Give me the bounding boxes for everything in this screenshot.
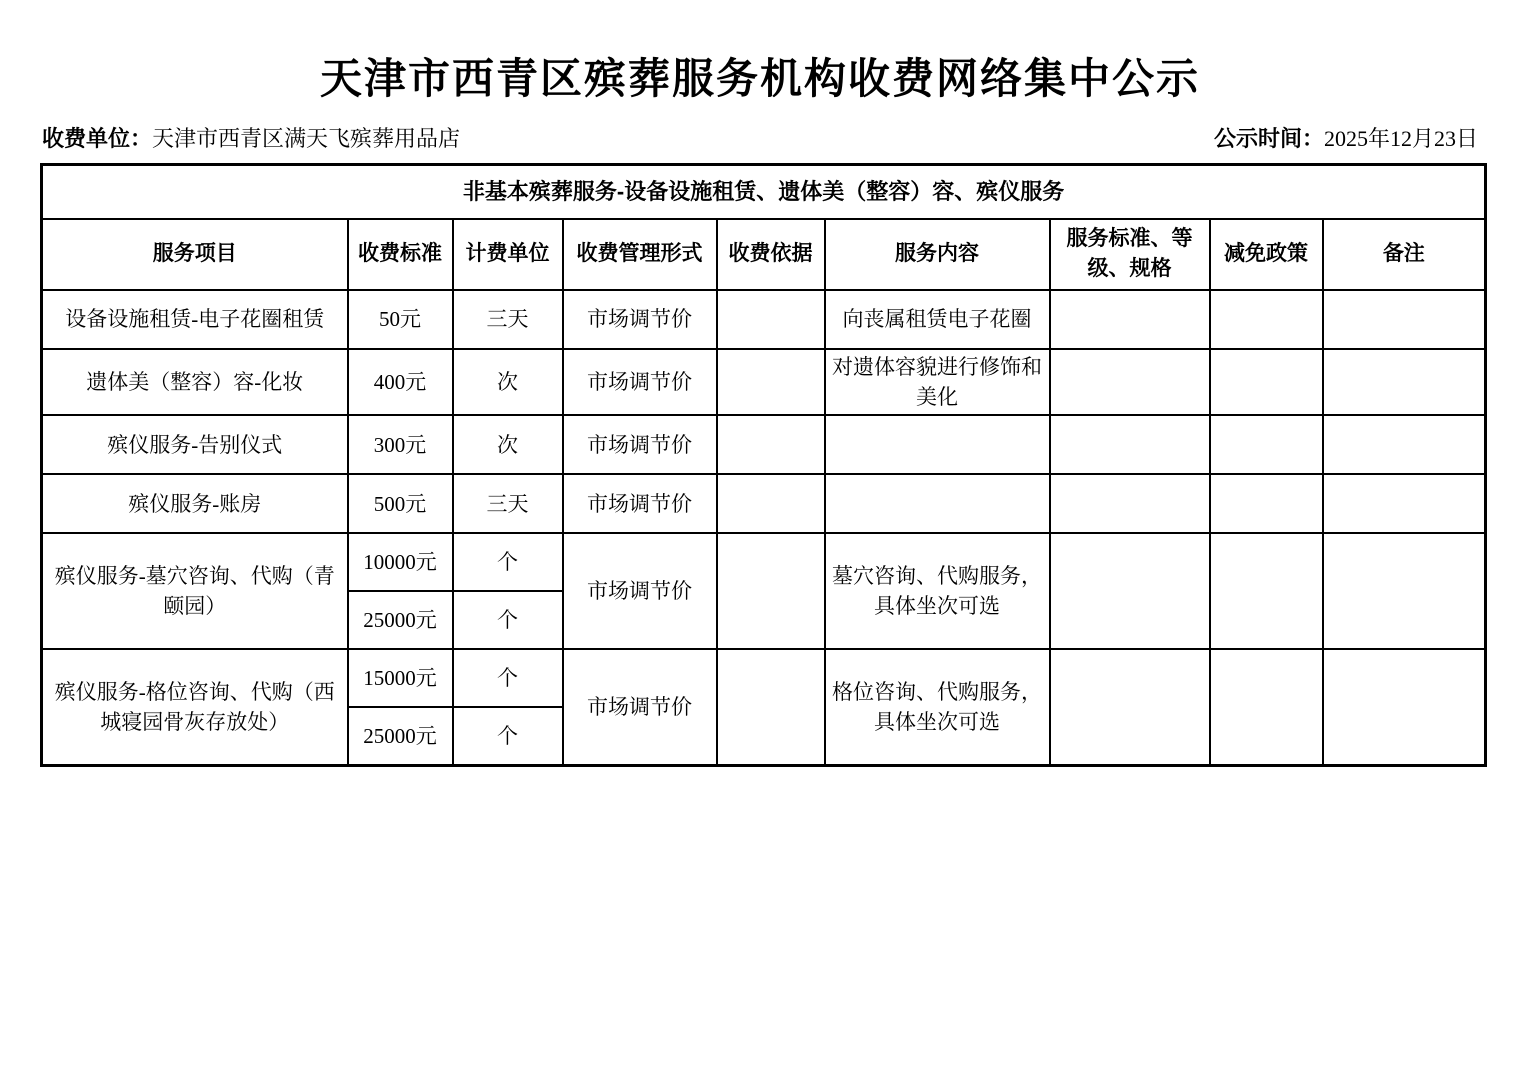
publish-time-value: 2025年12月23日	[1324, 126, 1478, 151]
cell-service-content: 墓穴咨询、代购服务，具体坐次可选	[825, 533, 1050, 649]
cell-fee-standard: 50元	[348, 290, 453, 349]
table-row: 殡仪服务-账房 500元 三天 市场调节价	[42, 474, 1486, 533]
cell-reduction-policy	[1210, 649, 1323, 765]
cell-billing-unit: 个	[453, 533, 563, 591]
table-row: 殡仪服务-墓穴咨询、代购（青颐园） 10000元 个 市场调节价 墓穴咨询、代购…	[42, 533, 1486, 591]
publish-time: 公示时间：2025年12月23日	[1214, 122, 1478, 153]
cell-billing-unit: 个	[453, 707, 563, 765]
cell-fee-management: 市场调节价	[563, 533, 717, 649]
cell-billing-unit: 个	[453, 591, 563, 649]
cell-service-content	[825, 415, 1050, 474]
cell-service-spec	[1050, 349, 1210, 416]
fee-table: 非基本殡葬服务-设备设施租赁、遗体美（整容）容、殡仪服务 服务项目 收费标准 计…	[40, 163, 1487, 767]
cell-fee-standard: 500元	[348, 474, 453, 533]
cell-service-item: 殡仪服务-墓穴咨询、代购（青颐园）	[42, 533, 348, 649]
col-header-remarks: 备注	[1323, 219, 1486, 290]
page-title: 天津市西青区殡葬服务机构收费网络集中公示	[0, 46, 1520, 106]
cell-service-item: 殡仪服务-账房	[42, 474, 348, 533]
cell-remarks	[1323, 349, 1486, 416]
charging-unit: 收费单位：天津市西青区满天飞殡葬用品店	[42, 122, 460, 153]
cell-service-content: 对遗体容貌进行修饰和美化	[825, 349, 1050, 416]
cell-service-spec	[1050, 649, 1210, 765]
cell-billing-unit: 三天	[453, 290, 563, 349]
cell-remarks	[1323, 474, 1486, 533]
cell-fee-standard: 400元	[348, 349, 453, 416]
col-header-service-spec: 服务标准、等级、规格	[1050, 219, 1210, 290]
cell-service-spec	[1050, 474, 1210, 533]
cell-service-spec	[1050, 533, 1210, 649]
charging-unit-value: 天津市西青区满天飞殡葬用品店	[152, 126, 460, 151]
cell-billing-unit: 次	[453, 415, 563, 474]
cell-remarks	[1323, 533, 1486, 649]
cell-remarks	[1323, 290, 1486, 349]
meta-row: 收费单位：天津市西青区满天飞殡葬用品店 公示时间：2025年12月23日	[42, 122, 1478, 153]
cell-fee-management: 市场调节价	[563, 415, 717, 474]
col-header-billing-unit: 计费单位	[453, 219, 563, 290]
cell-service-item: 遗体美（整容）容-化妆	[42, 349, 348, 416]
cell-fee-standard: 25000元	[348, 591, 453, 649]
page: 天津市西青区殡葬服务机构收费网络集中公示 收费单位：天津市西青区满天飞殡葬用品店…	[0, 0, 1520, 1074]
col-header-fee-basis: 收费依据	[717, 219, 825, 290]
cell-fee-standard: 300元	[348, 415, 453, 474]
cell-fee-management: 市场调节价	[563, 290, 717, 349]
cell-service-content: 向丧属租赁电子花圈	[825, 290, 1050, 349]
table-row: 遗体美（整容）容-化妆 400元 次 市场调节价 对遗体容貌进行修饰和美化	[42, 349, 1486, 416]
cell-fee-standard: 10000元	[348, 533, 453, 591]
cell-reduction-policy	[1210, 290, 1323, 349]
cell-remarks	[1323, 415, 1486, 474]
table-row: 殡仪服务-告别仪式 300元 次 市场调节价	[42, 415, 1486, 474]
cell-fee-standard: 15000元	[348, 649, 453, 707]
cell-service-content: 格位咨询、代购服务，具体坐次可选	[825, 649, 1050, 765]
cell-fee-management: 市场调节价	[563, 649, 717, 765]
col-header-reduction-policy: 减免政策	[1210, 219, 1323, 290]
col-header-fee-standard: 收费标准	[348, 219, 453, 290]
cell-reduction-policy	[1210, 415, 1323, 474]
table-row: 设备设施租赁-电子花圈租赁 50元 三天 市场调节价 向丧属租赁电子花圈	[42, 290, 1486, 349]
cell-fee-basis	[717, 349, 825, 416]
cell-service-item: 殡仪服务-格位咨询、代购（西城寝园骨灰存放处）	[42, 649, 348, 765]
charging-unit-label: 收费单位：	[42, 126, 152, 151]
header-row: 服务项目 收费标准 计费单位 收费管理形式 收费依据 服务内容 服务标准、等级、…	[42, 219, 1486, 290]
cell-fee-basis	[717, 290, 825, 349]
table-section-title: 非基本殡葬服务-设备设施租赁、遗体美（整容）容、殡仪服务	[42, 165, 1486, 219]
cell-billing-unit: 个	[453, 649, 563, 707]
cell-fee-basis	[717, 474, 825, 533]
cell-fee-basis	[717, 649, 825, 765]
cell-service-spec	[1050, 290, 1210, 349]
cell-fee-basis	[717, 533, 825, 649]
section-title-row: 非基本殡葬服务-设备设施租赁、遗体美（整容）容、殡仪服务	[42, 165, 1486, 219]
cell-reduction-policy	[1210, 533, 1323, 649]
cell-service-item: 设备设施租赁-电子花圈租赁	[42, 290, 348, 349]
table-row: 殡仪服务-格位咨询、代购（西城寝园骨灰存放处） 15000元 个 市场调节价 格…	[42, 649, 1486, 707]
cell-fee-management: 市场调节价	[563, 349, 717, 416]
col-header-service-content: 服务内容	[825, 219, 1050, 290]
cell-service-item: 殡仪服务-告别仪式	[42, 415, 348, 474]
col-header-fee-management: 收费管理形式	[563, 219, 717, 290]
cell-fee-management: 市场调节价	[563, 474, 717, 533]
cell-service-spec	[1050, 415, 1210, 474]
cell-remarks	[1323, 649, 1486, 765]
cell-service-content	[825, 474, 1050, 533]
cell-reduction-policy	[1210, 349, 1323, 416]
col-header-service-item: 服务项目	[42, 219, 348, 290]
cell-billing-unit: 次	[453, 349, 563, 416]
cell-reduction-policy	[1210, 474, 1323, 533]
cell-billing-unit: 三天	[453, 474, 563, 533]
cell-fee-standard: 25000元	[348, 707, 453, 765]
cell-fee-basis	[717, 415, 825, 474]
publish-time-label: 公示时间：	[1214, 126, 1324, 151]
